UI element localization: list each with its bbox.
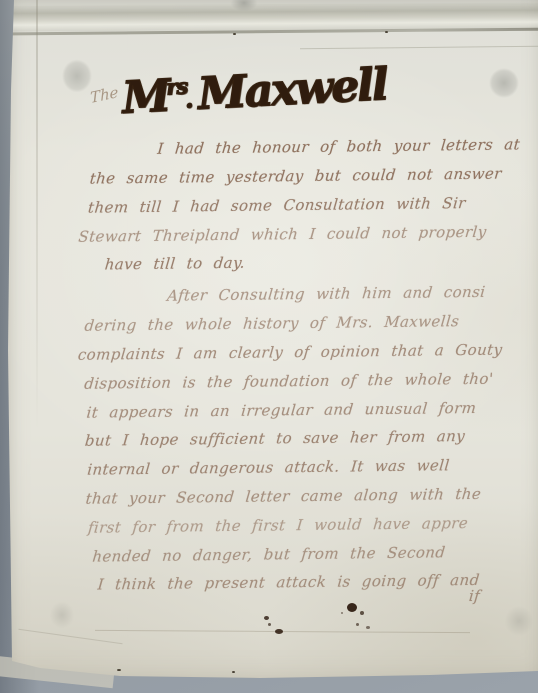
paper-speck xyxy=(232,671,235,673)
manuscript-page: The Mrs.Maxwell I had the honour of both… xyxy=(0,0,538,693)
ink-blot xyxy=(347,603,357,612)
letter-line: them till I had some Consultation with S… xyxy=(87,194,466,217)
ink-blot xyxy=(275,629,283,634)
letter-trailing-word: if xyxy=(468,587,481,605)
ink-blot xyxy=(356,623,359,626)
letter-line: dering the whole history of Mrs. Maxwell… xyxy=(84,312,460,335)
ink-blot xyxy=(268,623,271,626)
ink-blot xyxy=(264,616,269,620)
letter-body: I had the honour of both your letters at… xyxy=(0,0,538,693)
paper-speck xyxy=(117,669,121,671)
letter-line: it appears in an irregular and unusual f… xyxy=(86,399,477,422)
letter-line: internal or dangerous attack. It was wel… xyxy=(87,456,451,478)
letter-line: have till to day. xyxy=(104,254,246,274)
letter-line: that your Second letter came along with … xyxy=(85,485,482,508)
ink-blot xyxy=(341,612,343,614)
letter-line: After Consulting with him and consi xyxy=(166,283,486,305)
paper-speck xyxy=(233,33,236,35)
paper-speck xyxy=(385,31,388,33)
letter-line: hended no danger, but from the Second xyxy=(92,543,447,565)
letter-line: disposition is the foundation of the who… xyxy=(83,370,494,393)
ink-blot xyxy=(366,626,370,629)
letter-line: Stewart Threipland which I could not pro… xyxy=(78,223,488,246)
scanned-letter-view: The Mrs.Maxwell I had the honour of both… xyxy=(0,0,538,693)
letter-line: but I hope sufficient to save her from a… xyxy=(84,427,466,450)
letter-line: complaints I am clearly of opinion that … xyxy=(77,341,503,364)
letter-line: the same time yesterday but could not an… xyxy=(89,165,503,188)
ink-blot xyxy=(360,611,364,615)
letter-line: first for from the first I would have ap… xyxy=(87,514,469,537)
letter-line: I had the honour of both your letters at xyxy=(157,135,521,157)
letter-line: I think the present attack is going off … xyxy=(97,571,481,594)
